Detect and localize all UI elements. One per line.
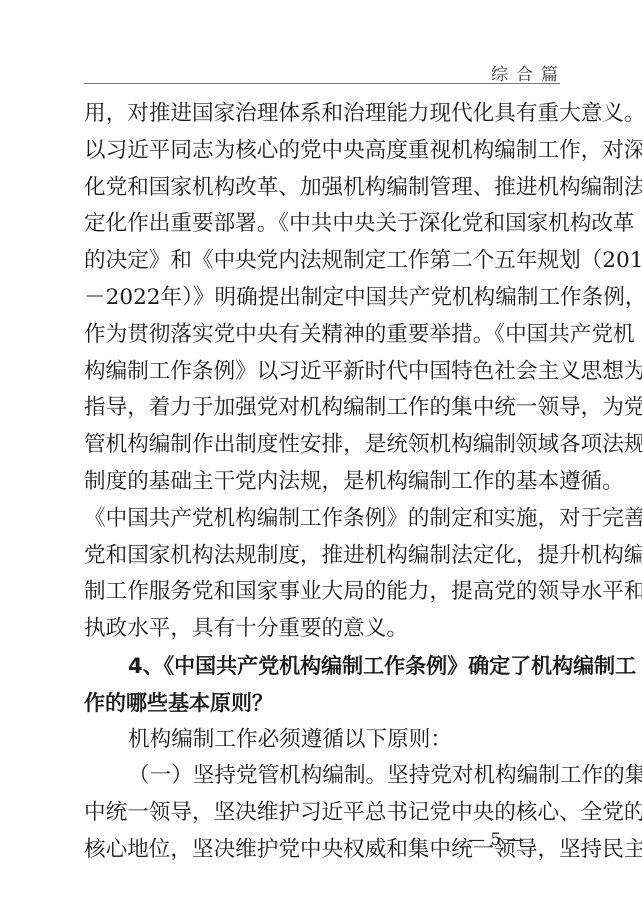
running-head-section-title: 综合篇 [491, 60, 566, 85]
principle-line: （一）坚持党管机构编制。坚持党对机构编制工作的集 [84, 758, 560, 795]
text-line: 的决定》和《中央党内法规制定工作第二个五年规划（2018 [84, 243, 560, 280]
text-line: 用，对推进国家治理体系和治理能力现代化具有重大意义。 [84, 96, 560, 133]
text-line: 指导，着力于加强党对机构编制工作的集中统一领导，为党 [84, 390, 560, 427]
text-line: 化党和国家机构改革、加强机构编制管理、推进机构编制法 [84, 170, 560, 207]
text-line: －2022年）》明确提出制定中国共产党机构编制工作条例， [84, 280, 560, 317]
text-line: 构编制工作条例》以习近平新时代中国特色社会主义思想为 [84, 354, 560, 391]
text-line: 以习近平同志为核心的党中央高度重视机构编制工作，对深 [84, 133, 560, 170]
text-line: 制度的基础主干党内法规，是机构编制工作的基本遵循。 [84, 464, 560, 501]
text-line: 管机构编制作出制度性安排，是统领机构编制领域各项法规 [84, 427, 560, 464]
answer-intro: 机构编制工作必须遵循以下原则： [84, 722, 560, 759]
body-text: 用，对推进国家治理体系和治理能力现代化具有重大意义。 以习近平同志为核心的党中央… [84, 96, 560, 869]
principle-line: 中统一领导，坚决维护习近平总书记党中央的核心、全党的 [84, 795, 560, 832]
header-rule [84, 83, 560, 84]
text-line: 作为贯彻落实党中央有关精神的重要举措。《中国共产党机 [84, 317, 560, 354]
question-heading-line-2: 作的哪些基本原则？ [84, 685, 560, 722]
text-line: 《中国共产党机构编制工作条例》的制定和实施，对于完善 [84, 501, 560, 538]
question-heading-line-1: 4、《中国共产党机构编制工作条例》确定了机构编制工 [84, 648, 560, 685]
text-line: 定化作出重要部署。《中共中央关于深化党和国家机构改革 [84, 206, 560, 243]
page-number: — 5 — [468, 830, 524, 850]
text-line: 党和国家机构法规制度，推进机构编制法定化，提升机构编 [84, 538, 560, 575]
text-line: 制工作服务党和国家事业大局的能力，提高党的领导水平和 [84, 574, 560, 611]
text-line: 执政水平，具有十分重要的意义。 [84, 611, 560, 648]
